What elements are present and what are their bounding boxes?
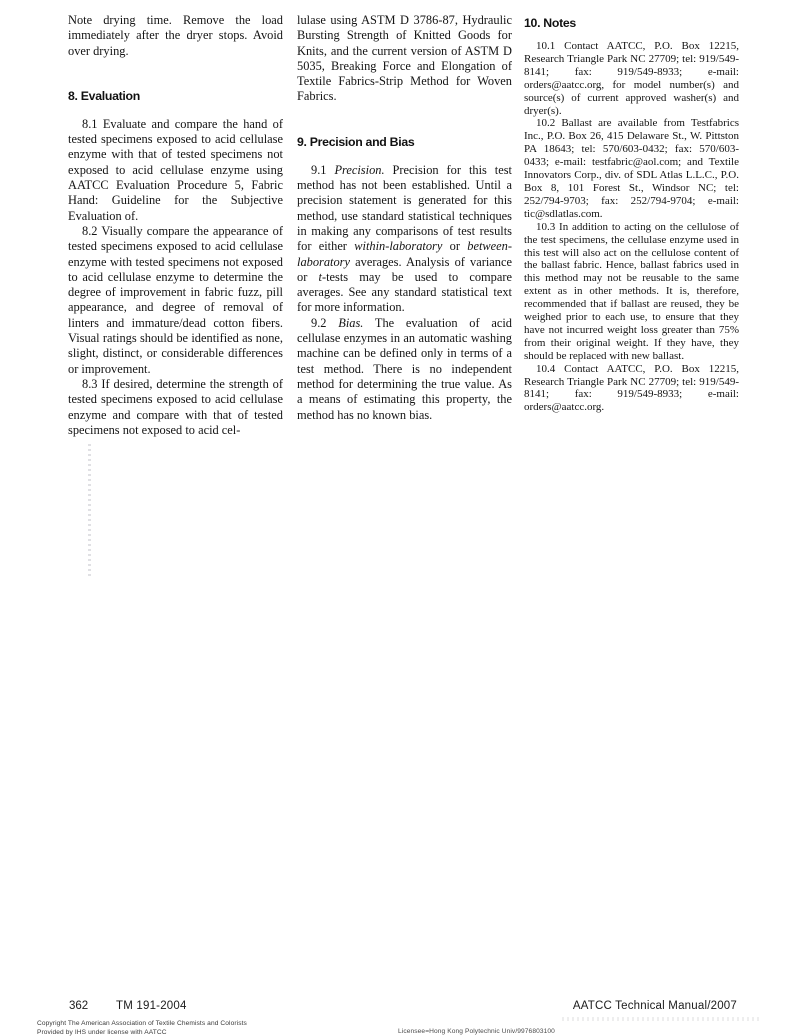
text-column-notes: 10. Notes10.1 Contact AATCC, P.O. Box 12… xyxy=(524,13,739,414)
paragraph: 10.2 Ballast are available from Testfabr… xyxy=(524,117,739,220)
text-run: 10.3 In addition to acting on the cellul… xyxy=(524,221,739,362)
manual-title: AATCC Technical Manual/2007 xyxy=(573,1000,737,1012)
vertical-license-watermark xyxy=(88,444,91,578)
document-page: Note drying time. Remove the load immedi… xyxy=(0,0,800,1036)
paragraph: 8.1 Evaluate and compare the hand of tes… xyxy=(68,117,283,224)
italic-text-run: within-laboratory xyxy=(354,239,442,253)
text-run: 8.1 Evaluate and compare the hand of tes… xyxy=(68,117,283,223)
text-run: The evaluation of acid cellulase enzymes… xyxy=(297,316,512,422)
section-heading: 10. Notes xyxy=(524,16,739,30)
italic-text-run: Bias. xyxy=(338,316,363,330)
paragraph: 9.1 Precision. Precision for this test m… xyxy=(297,163,512,316)
paragraph: 10.1 Contact AATCC, P.O. Box 12215, Rese… xyxy=(524,40,739,117)
italic-text-run: Precision. xyxy=(334,163,384,177)
text-run: lulase using ASTM D 3786-87, Hydraulic B… xyxy=(297,13,512,103)
page-number: 362 xyxy=(69,1000,88,1012)
text-run: 8.2 Visually compare the appearance of t… xyxy=(68,224,283,376)
text-run: 10.1 Contact AATCC, P.O. Box 12215, Rese… xyxy=(524,40,739,117)
text-run: -tests may be used to compare averages. … xyxy=(297,270,512,315)
text-run: or xyxy=(442,239,467,253)
provided-by-line: Provided by IHS under license with AATCC xyxy=(37,1029,167,1036)
text-run: 9.1 xyxy=(311,163,334,177)
text-run: 8.3 If desired, determine the strength o… xyxy=(68,377,283,437)
paragraph: 10.4 Contact AATCC, P.O. Box 12215, Rese… xyxy=(524,363,739,415)
text-run: Note drying time. Remove the load immedi… xyxy=(68,13,283,58)
text-run: 9.2 xyxy=(311,316,338,330)
copyright-line: Copyright The American Association of Te… xyxy=(37,1020,247,1027)
text-column-left: Note drying time. Remove the load immedi… xyxy=(68,13,283,438)
section-heading: 8. Evaluation xyxy=(68,89,283,103)
paragraph: 8.3 If desired, determine the strength o… xyxy=(68,377,283,438)
text-run: 10.4 Contact AATCC, P.O. Box 12215, Rese… xyxy=(524,363,739,414)
section-heading: 9. Precision and Bias xyxy=(297,135,512,149)
document-code: TM 191-2004 xyxy=(116,1000,187,1012)
paragraph: 10.3 In addition to acting on the cellul… xyxy=(524,221,739,363)
paragraph: Note drying time. Remove the load immedi… xyxy=(68,13,283,59)
faint-stamp-mark xyxy=(562,1017,762,1021)
licensee-line: Licensee=Hong Kong Polytechnic Univ/9976… xyxy=(398,1028,555,1035)
paragraph: lulase using ASTM D 3786-87, Hydraulic B… xyxy=(297,13,512,105)
paragraph: 8.2 Visually compare the appearance of t… xyxy=(68,224,283,377)
text-column-middle: lulase using ASTM D 3786-87, Hydraulic B… xyxy=(297,13,512,423)
paragraph: 9.2 Bias. The evaluation of acid cellula… xyxy=(297,316,512,423)
text-run: 10.2 Ballast are available from Testfabr… xyxy=(524,117,739,219)
